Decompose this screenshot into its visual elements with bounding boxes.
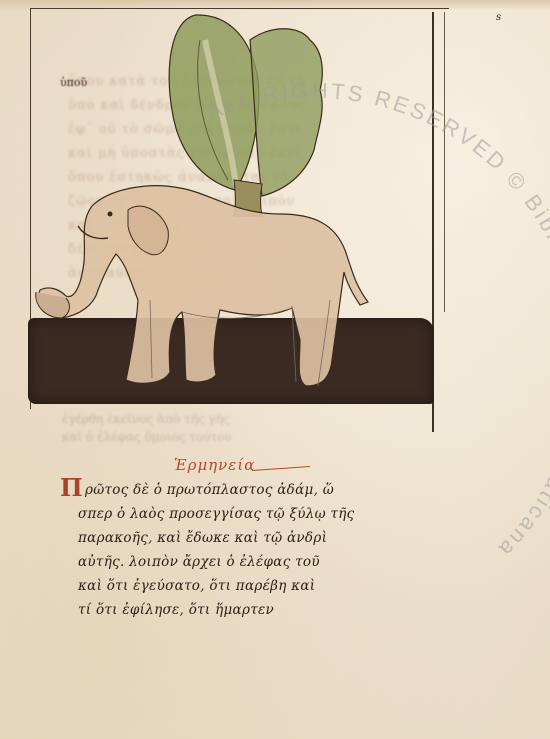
tree-foliage-right — [250, 29, 322, 196]
tree-foliage-left — [169, 15, 259, 190]
ghost-line: καὶ ὁ ἐλέφας ὅμοιος τούτου — [62, 428, 402, 446]
ghost-line: ἐγέρθη ἐκεῖνος ἀπὸ τῆς γῆς — [62, 410, 402, 428]
text-line: καὶ ὅτι ἐγεύσατο, ὅτι παρέβη καὶ — [60, 574, 420, 598]
manuscript-text-block: Πρῶτος δὲ ὁ πρωτόπλαστος ἀδάμ, ὥ σπερ ὁ … — [60, 476, 420, 622]
text-line: τί ὅτι ἐφίλησε, ὅτι ἥμαρτεν — [60, 598, 420, 622]
text-line: παρακοῆς, καὶ ἔδωκε καὶ τῷ ἀνδρὶ — [60, 526, 420, 550]
elephant-body — [39, 186, 368, 386]
text-line: αὐτῆς. λοιπὸν ἄρχει ὁ ἐλέφας τοῦ — [60, 550, 420, 574]
red-initial: Π — [60, 473, 83, 502]
text-line-content: ρῶτος δὲ ὁ πρωτόπλαστος ἀδάμ, ὥ — [85, 482, 334, 498]
text-line: Πρῶτος δὲ ὁ πρωτόπλαστος ἀδάμ, ὥ — [60, 476, 420, 502]
elephant-tree-illustration — [0, 0, 550, 739]
show-through-text-lower: ἐγέρθη ἐκεῖνος ἀπὸ τῆς γῆς καὶ ὁ ἐλέφας … — [62, 410, 402, 446]
text-line: σπερ ὁ λαὸς προσεγγίσας τῷ ξύλῳ τῆς — [60, 502, 420, 526]
elephant-eye — [108, 212, 113, 217]
rubric-heading: Ἑρμηνεία — [174, 456, 255, 474]
